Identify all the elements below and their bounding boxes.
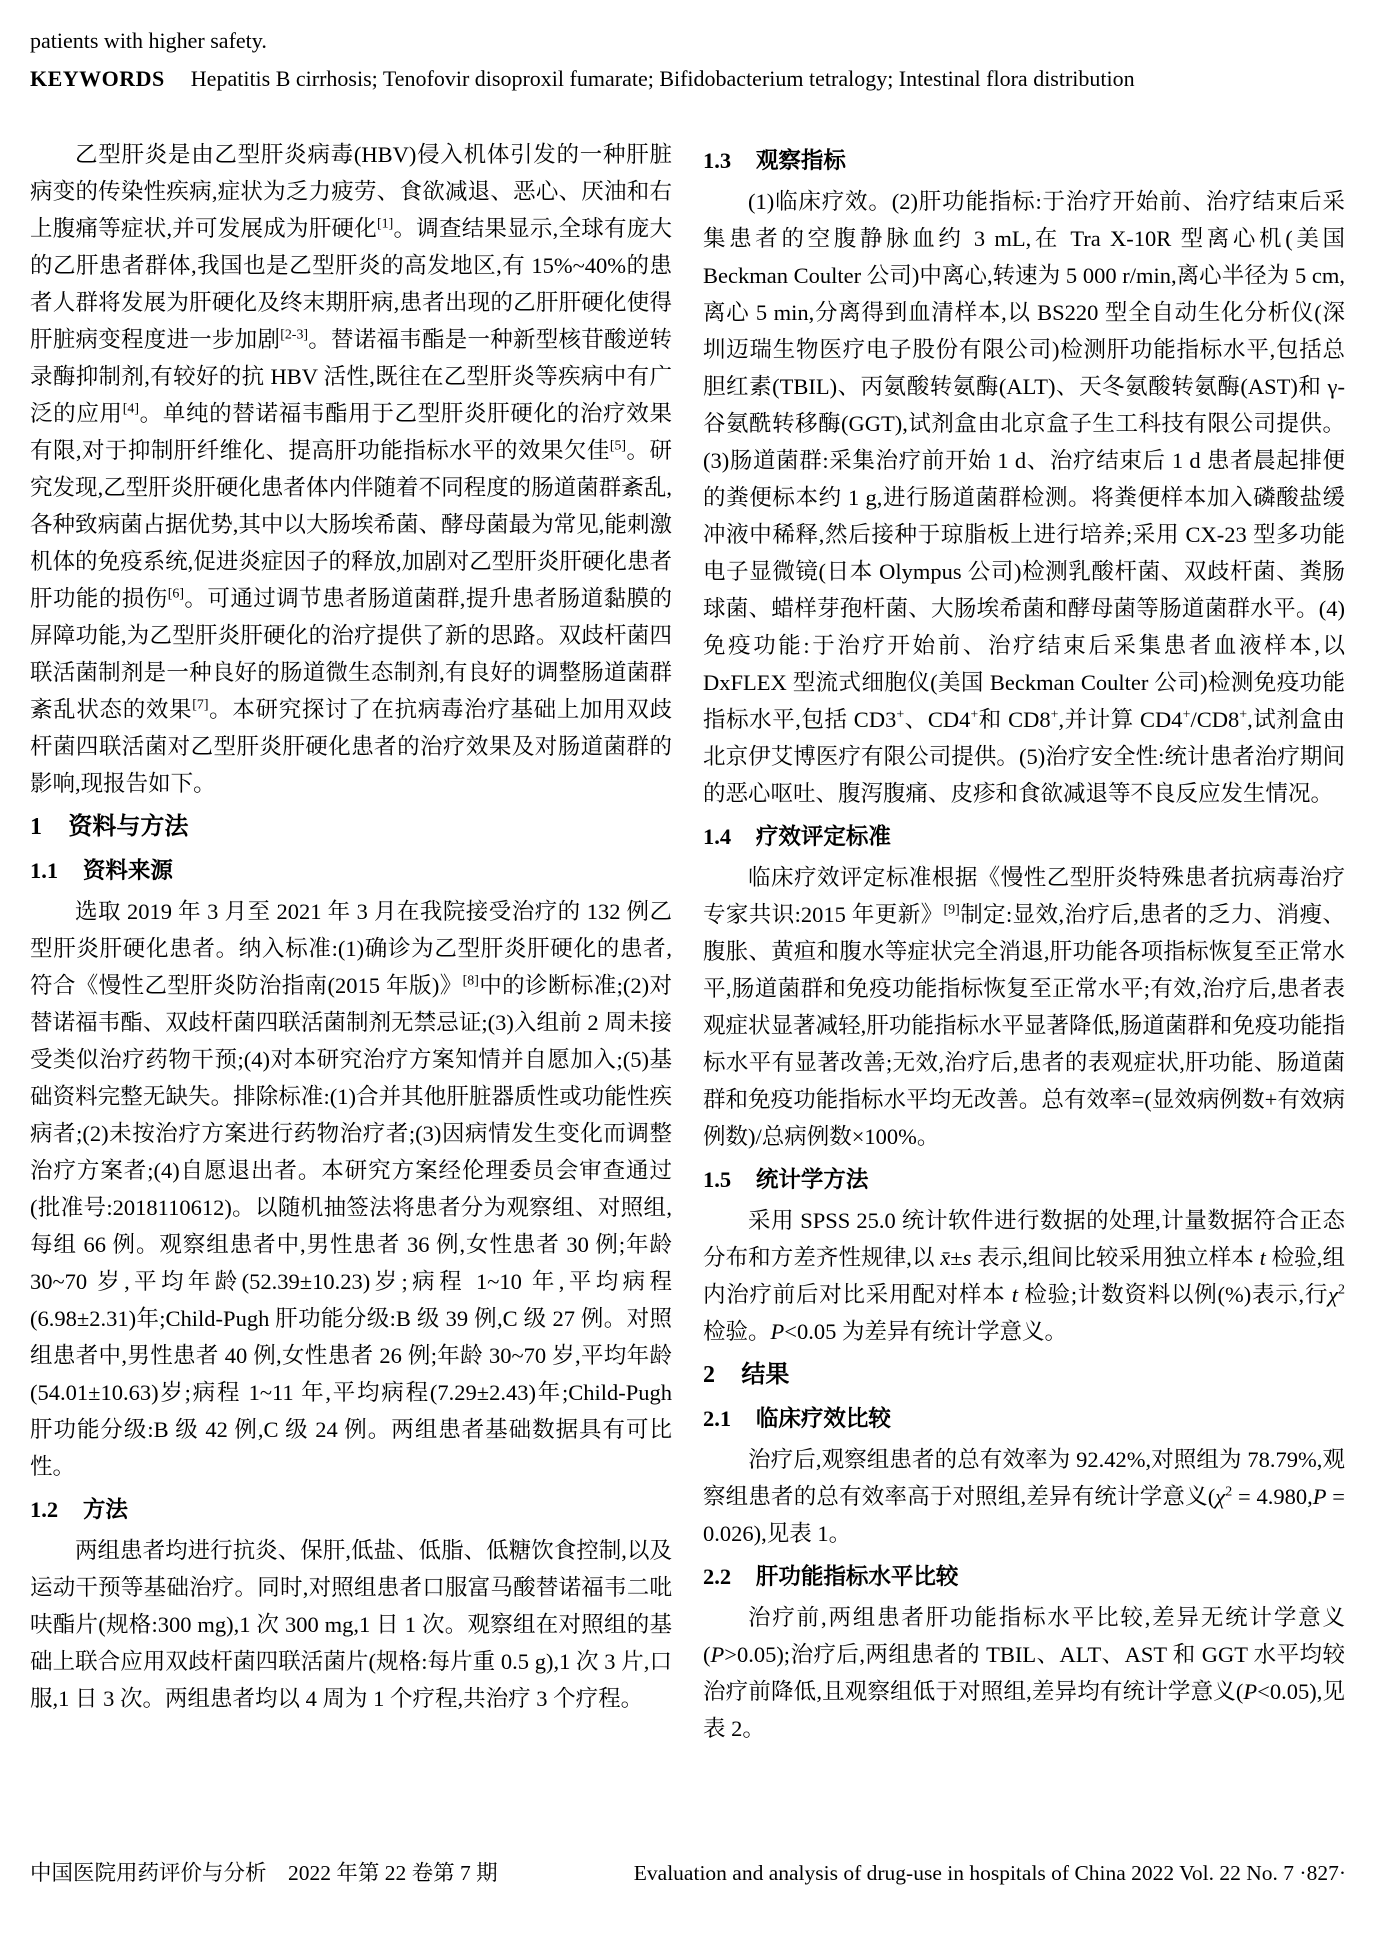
section-1-4-heading: 1.4疗效评定标准 (703, 818, 1345, 855)
section-1-5-number: 1.5 (703, 1167, 731, 1192)
section-1-1-title: 资料来源 (83, 858, 173, 883)
section-1-5-title: 统计学方法 (756, 1167, 869, 1192)
section-1-1-heading: 1.1资料来源 (30, 852, 672, 889)
right-column: 1.3观察指标 (1)临床疗效。(2)肝功能指标:于治疗开始前、治疗结束后采集患… (703, 136, 1345, 1747)
keywords-text: Hepatitis B cirrhosis; Tenofovir disopro… (191, 66, 1135, 91)
two-column-body: 乙型肝炎是由乙型肝炎病毒(HBV)侵入机体引发的一种肝脏病变的传染性疾病,症状为… (30, 136, 1346, 1747)
section-1-4-paragraph: 临床疗效评定标准根据《慢性乙型肝炎特殊患者抗病毒治疗专家共识:2015 年更新》… (703, 859, 1345, 1155)
journal-page: patients with higher safety. KEYWORDSHep… (0, 0, 1375, 1940)
journal-name-cn: 中国医院用药评价与分析 2022 年第 22 卷第 7 期 (30, 1858, 498, 1888)
section-1-3-heading: 1.3观察指标 (703, 142, 1345, 179)
section-1-heading: 1资料与方法 (30, 808, 672, 846)
section-1-3-number: 1.3 (703, 148, 731, 173)
section-1-2-heading: 1.2方法 (30, 1491, 672, 1528)
section-1-2-paragraph: 两组患者均进行抗炎、保肝,低盐、低脂、低糖饮食控制,以及运动干预等基础治疗。同时… (30, 1532, 672, 1717)
section-1-2-number: 1.2 (30, 1497, 58, 1522)
section-2-1-heading: 2.1临床疗效比较 (703, 1400, 1345, 1437)
keywords-line: KEYWORDSHepatitis B cirrhosis; Tenofovir… (30, 64, 1345, 94)
section-2-2-paragraph: 治疗前,两组患者肝功能指标水平比较,差异无统计学意义(P>0.05);治疗后,两… (703, 1599, 1345, 1747)
section-2-heading: 2结果 (703, 1356, 1345, 1394)
page-footer: 中国医院用药评价与分析 2022 年第 22 卷第 7 期 Evaluation… (30, 1858, 1346, 1888)
section-2-2-heading: 2.2肝功能指标水平比较 (703, 1558, 1345, 1595)
section-1-3-paragraph: (1)临床疗效。(2)肝功能指标:于治疗开始前、治疗结束后采集患者的空腹静脉血约… (703, 183, 1345, 812)
abstract-tail-line: patients with higher safety. (30, 26, 1345, 56)
section-2-1-title: 临床疗效比较 (756, 1406, 891, 1431)
intro-paragraph: 乙型肝炎是由乙型肝炎病毒(HBV)侵入机体引发的一种肝脏病变的传染性疾病,症状为… (30, 136, 672, 802)
section-1-5-paragraph: 采用 SPSS 25.0 统计软件进行数据的处理,计量数据符合正态分布和方差齐性… (703, 1202, 1345, 1350)
section-2-2-title: 肝功能指标水平比较 (756, 1564, 959, 1589)
section-2-1-number: 2.1 (703, 1406, 731, 1431)
section-1-number: 1 (30, 814, 42, 840)
section-1-3-title: 观察指标 (756, 148, 846, 173)
keywords-label: KEYWORDS (30, 66, 165, 91)
section-1-4-title: 疗效评定标准 (756, 824, 891, 849)
section-1-1-paragraph: 选取 2019 年 3 月至 2021 年 3 月在我院接受治疗的 132 例乙… (30, 893, 672, 1485)
section-2-number: 2 (703, 1362, 715, 1388)
english-abstract-tail-block: patients with higher safety. KEYWORDSHep… (0, 0, 1375, 94)
section-1-title: 资料与方法 (68, 813, 188, 840)
section-2-1-paragraph: 治疗后,观察组患者的总有效率为 92.42%,对照组为 78.79%,观察组患者… (703, 1441, 1345, 1552)
journal-name-en: Evaluation and analysis of drug-use in h… (634, 1858, 1346, 1888)
section-2-title: 结果 (741, 1361, 789, 1388)
left-column: 乙型肝炎是由乙型肝炎病毒(HBV)侵入机体引发的一种肝脏病变的传染性疾病,症状为… (30, 136, 672, 1747)
section-1-4-number: 1.4 (703, 824, 731, 849)
section-1-5-heading: 1.5统计学方法 (703, 1161, 1345, 1198)
section-1-1-number: 1.1 (30, 858, 58, 883)
section-1-2-title: 方法 (83, 1497, 128, 1522)
section-2-2-number: 2.2 (703, 1564, 731, 1589)
